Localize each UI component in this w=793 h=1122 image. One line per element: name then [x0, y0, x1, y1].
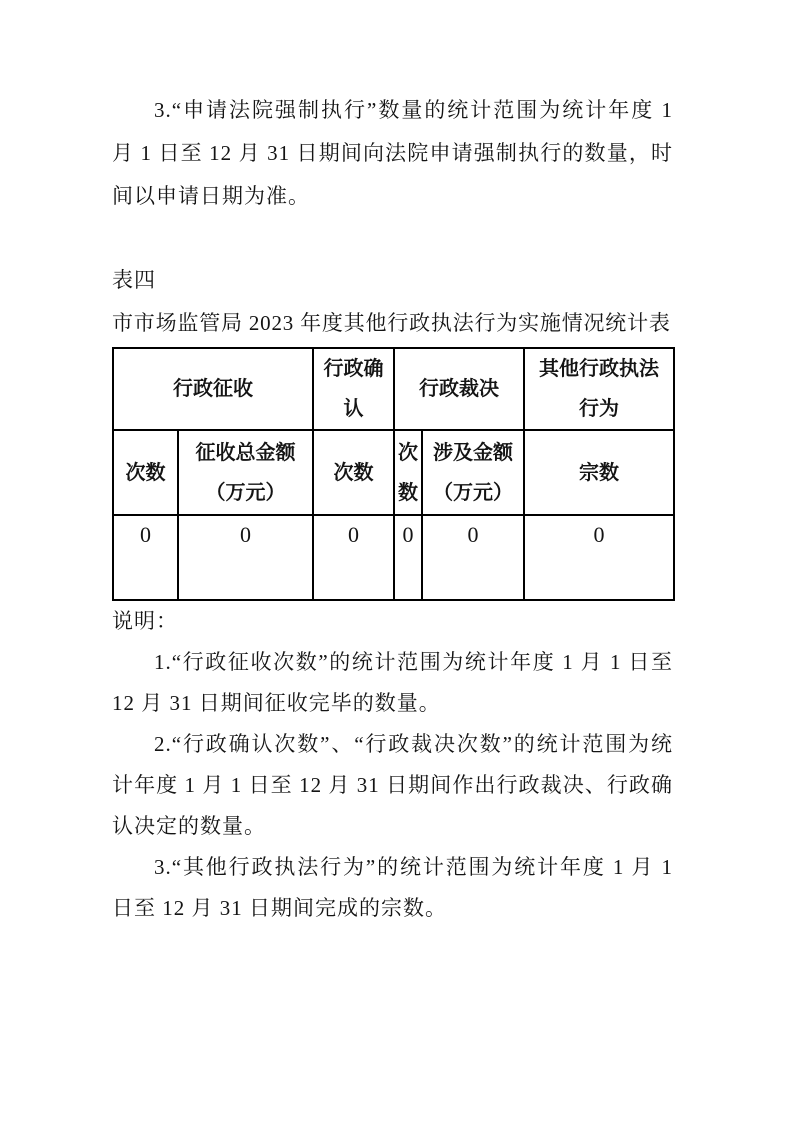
value-levy-amount: 0	[178, 515, 313, 600]
content-column: 3.“申请法院强制执行”数量的统计范围为统计年度 1 月 1 日至 12 月 3…	[112, 0, 673, 929]
value-confirmation-count: 0	[313, 515, 394, 600]
group-header-administrative-levy: 行政征收	[113, 348, 313, 430]
group-header-other-enforcement: 其他行政执法 行为	[524, 348, 674, 430]
sub-header-levy-count: 次数	[113, 430, 178, 515]
document-page: 3.“申请法院强制执行”数量的统计范围为统计年度 1 月 1 日至 12 月 3…	[0, 0, 793, 1122]
sub-header-adjudication-amount: 涉及金额 （万元）	[422, 430, 524, 515]
preamble-paragraph: 3.“申请法院强制执行”数量的统计范围为统计年度 1 月 1 日至 12 月 3…	[112, 0, 673, 218]
note-item-3: 3.“其他行政执法行为”的统计范围为统计年度 1 月 1 日至 12 月 31 …	[112, 847, 673, 929]
group-header-administrative-confirmation: 行政确 认	[313, 348, 394, 430]
note-item-1: 1.“行政征收次数”的统计范围为统计年度 1 月 1 日至 12 月 31 日期…	[112, 642, 673, 724]
value-other-cases-count: 0	[524, 515, 674, 600]
table-number-label: 表四	[112, 259, 673, 302]
value-adjudication-amount: 0	[422, 515, 524, 600]
value-adjudication-count: 0	[394, 515, 422, 600]
sub-header-other-cases-count: 宗数	[524, 430, 674, 515]
table-group-header-row: 行政征收 行政确 认 行政裁决 其他行政执法 行为	[113, 348, 674, 430]
sub-header-adjudication-count: 次 数	[394, 430, 422, 515]
table-title: 市市场监管局 2023 年度其他行政执法行为实施情况统计表	[112, 302, 673, 345]
group-header-administrative-adjudication: 行政裁决	[394, 348, 524, 430]
table-sub-header-row: 次数 征收总金额 （万元） 次数 次 数 涉及金额 （万元） 宗数	[113, 430, 674, 515]
note-item-2: 2.“行政确认次数”、“行政裁决次数”的统计范围为统计年度 1 月 1 日至 1…	[112, 724, 673, 847]
value-levy-count: 0	[113, 515, 178, 600]
notes-heading: 说明：	[112, 601, 673, 642]
notes-section: 说明： 1.“行政征收次数”的统计范围为统计年度 1 月 1 日至 12 月 3…	[112, 601, 673, 929]
sub-header-levy-amount: 征收总金额 （万元）	[178, 430, 313, 515]
sub-header-confirmation-count: 次数	[313, 430, 394, 515]
statistics-table: 行政征收 行政确 认 行政裁决 其他行政执法 行为 次数 征收总金额 （万元） …	[112, 347, 675, 601]
table-value-row: 0 0 0 0 0 0	[113, 515, 674, 600]
